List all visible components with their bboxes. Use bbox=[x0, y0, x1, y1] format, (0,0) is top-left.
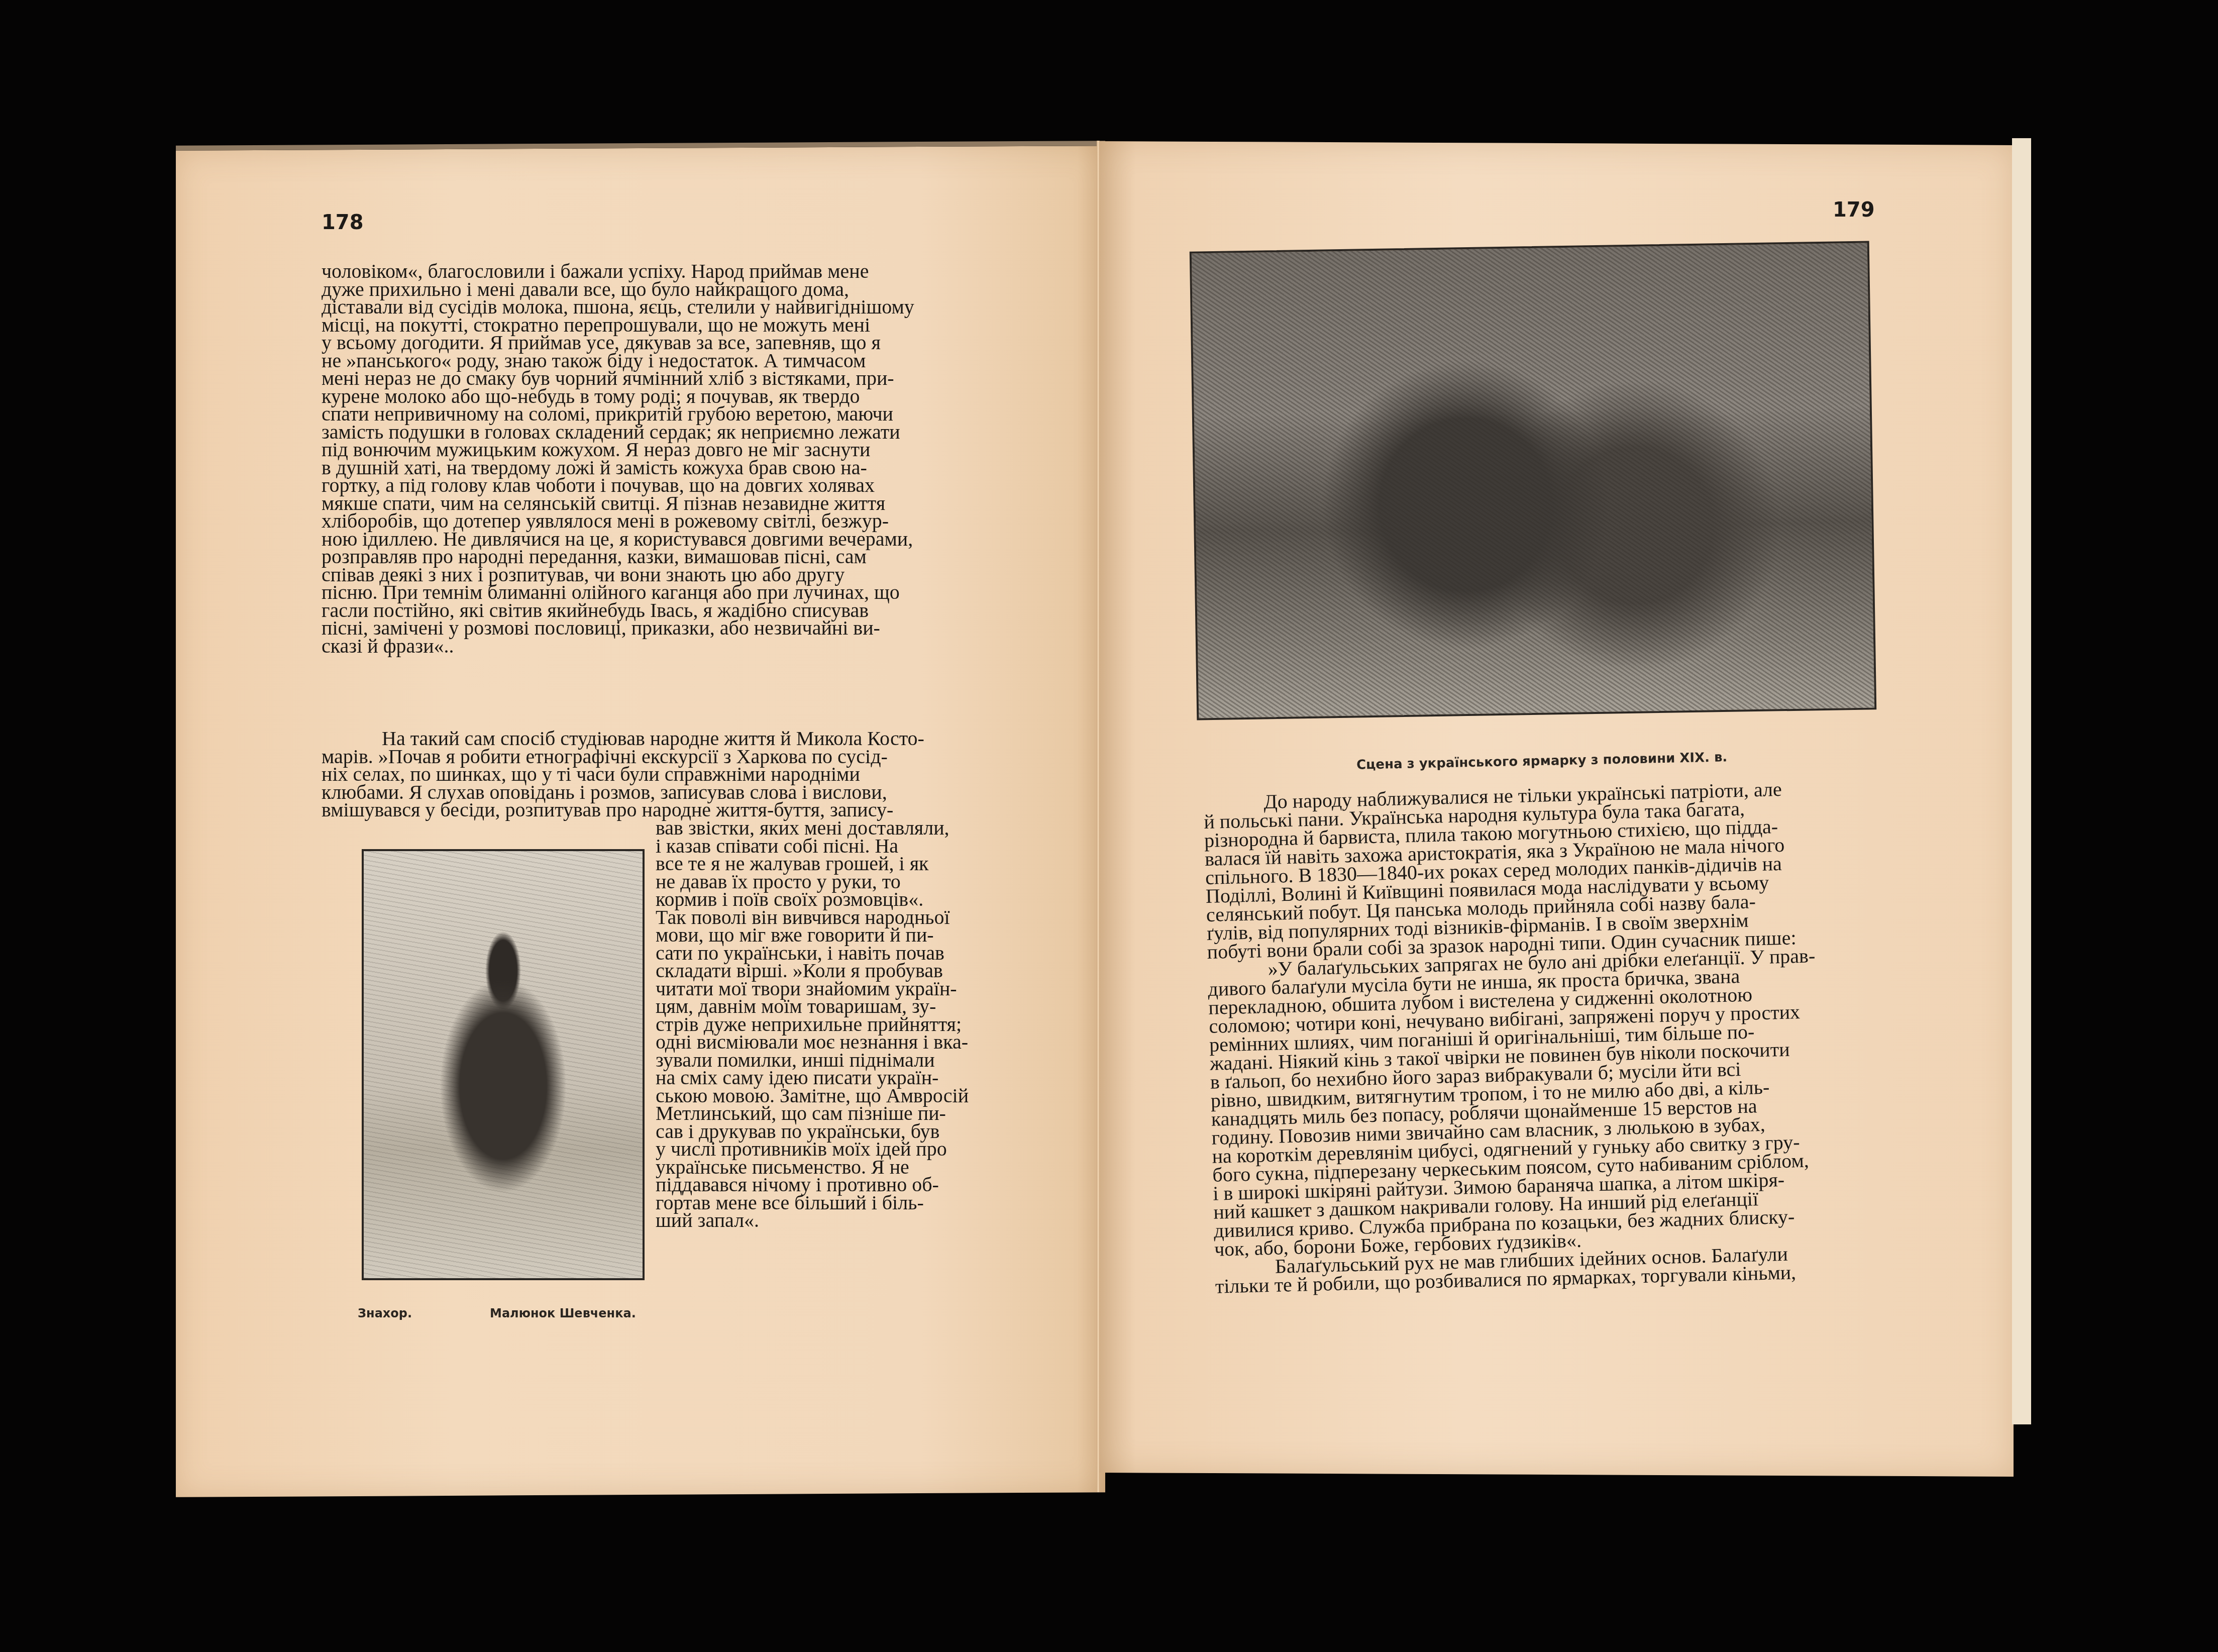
illustration-fair-scene bbox=[1190, 241, 1876, 720]
left-paragraph-2: На такий сам спосіб студіював народне жи… bbox=[322, 730, 1010, 819]
caption-healer-title: Знахор. bbox=[358, 1306, 412, 1320]
text-line: ший запал«. bbox=[656, 1211, 1007, 1229]
page-number-right: 179 bbox=[1833, 198, 1875, 222]
text-line: сказі й фрази«.. bbox=[322, 637, 1010, 655]
open-book: 178 чоловіком«, благословили і бажали ус… bbox=[0, 0, 2218, 1652]
left-paragraph-2-wrapped: вав звістки, яких мені доставляли, і каз… bbox=[656, 819, 1007, 1229]
left-paragraph-1: чоловіком«, благословили і бажали успіху… bbox=[322, 262, 1010, 655]
right-body-text: До народу наближувалися не тільки україн… bbox=[1203, 777, 1919, 1296]
caption-healer-credit: Малюнок Шевченка. bbox=[490, 1306, 636, 1320]
page-edges bbox=[2012, 138, 2031, 1424]
page-number-left: 178 bbox=[322, 211, 364, 234]
illustration-healer bbox=[362, 849, 645, 1280]
